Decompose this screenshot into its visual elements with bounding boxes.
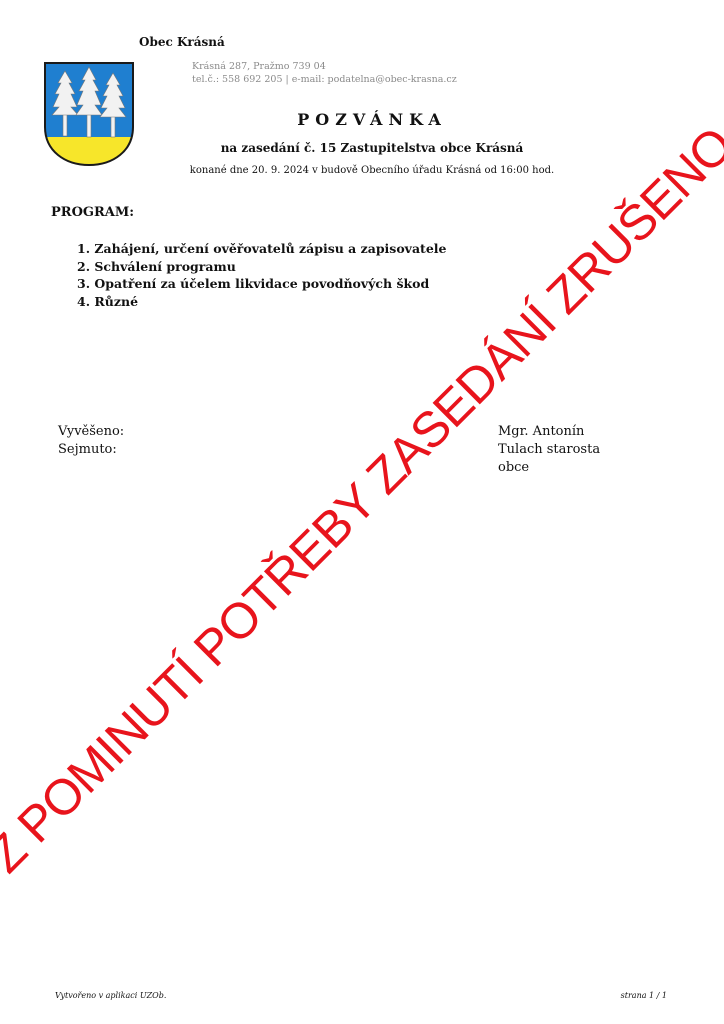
posted-label: Vyvěšeno: [58, 423, 124, 441]
signer-block: Mgr. Antonín Tulach starosta obce [498, 423, 618, 477]
footer-generator-note: Vytvořeno v aplikaci UZOb. [55, 991, 166, 1000]
organization-name: Obec Krásná [139, 35, 225, 49]
page-number: strana 1 / 1 [621, 991, 667, 1000]
program-item: 2. Schválení programu [77, 258, 446, 276]
removed-label: Sejmuto: [58, 441, 124, 459]
program-item: 3. Opatření za účelem likvidace povodňov… [77, 275, 446, 293]
document-subtitle: na zasedání č. 15 Zastupitelstva obce Kr… [0, 141, 724, 155]
program-item: 4. Různé [77, 293, 446, 311]
document-title: POZVÁNKA [0, 110, 724, 129]
program-list: 1. Zahájení, určení ověřovatelů zápisu a… [77, 240, 446, 310]
signer-line: Mgr. Antonín [498, 423, 618, 441]
signer-line: Tulach starosta [498, 441, 618, 459]
signer-line: obce [498, 459, 618, 477]
organization-contact: Krásná 287, Pražmo 739 04 tel.č.: 558 69… [192, 60, 457, 86]
contact-line: tel.č.: 558 692 205 | e-mail: podatelna@… [192, 73, 457, 86]
cancelled-stamp: Z POMINUTÍ POTŘEBY ZASEDÁNÍ ZRUŠENO [0, 116, 724, 884]
posting-info: Vyvěšeno: Sejmuto: [58, 423, 124, 459]
address: Krásná 287, Pražmo 739 04 [192, 60, 457, 73]
meeting-details: konané dne 20. 9. 2024 v budově Obecního… [0, 165, 724, 176]
program-heading: PROGRAM: [51, 205, 134, 220]
program-item: 1. Zahájení, určení ověřovatelů zápisu a… [77, 240, 446, 258]
